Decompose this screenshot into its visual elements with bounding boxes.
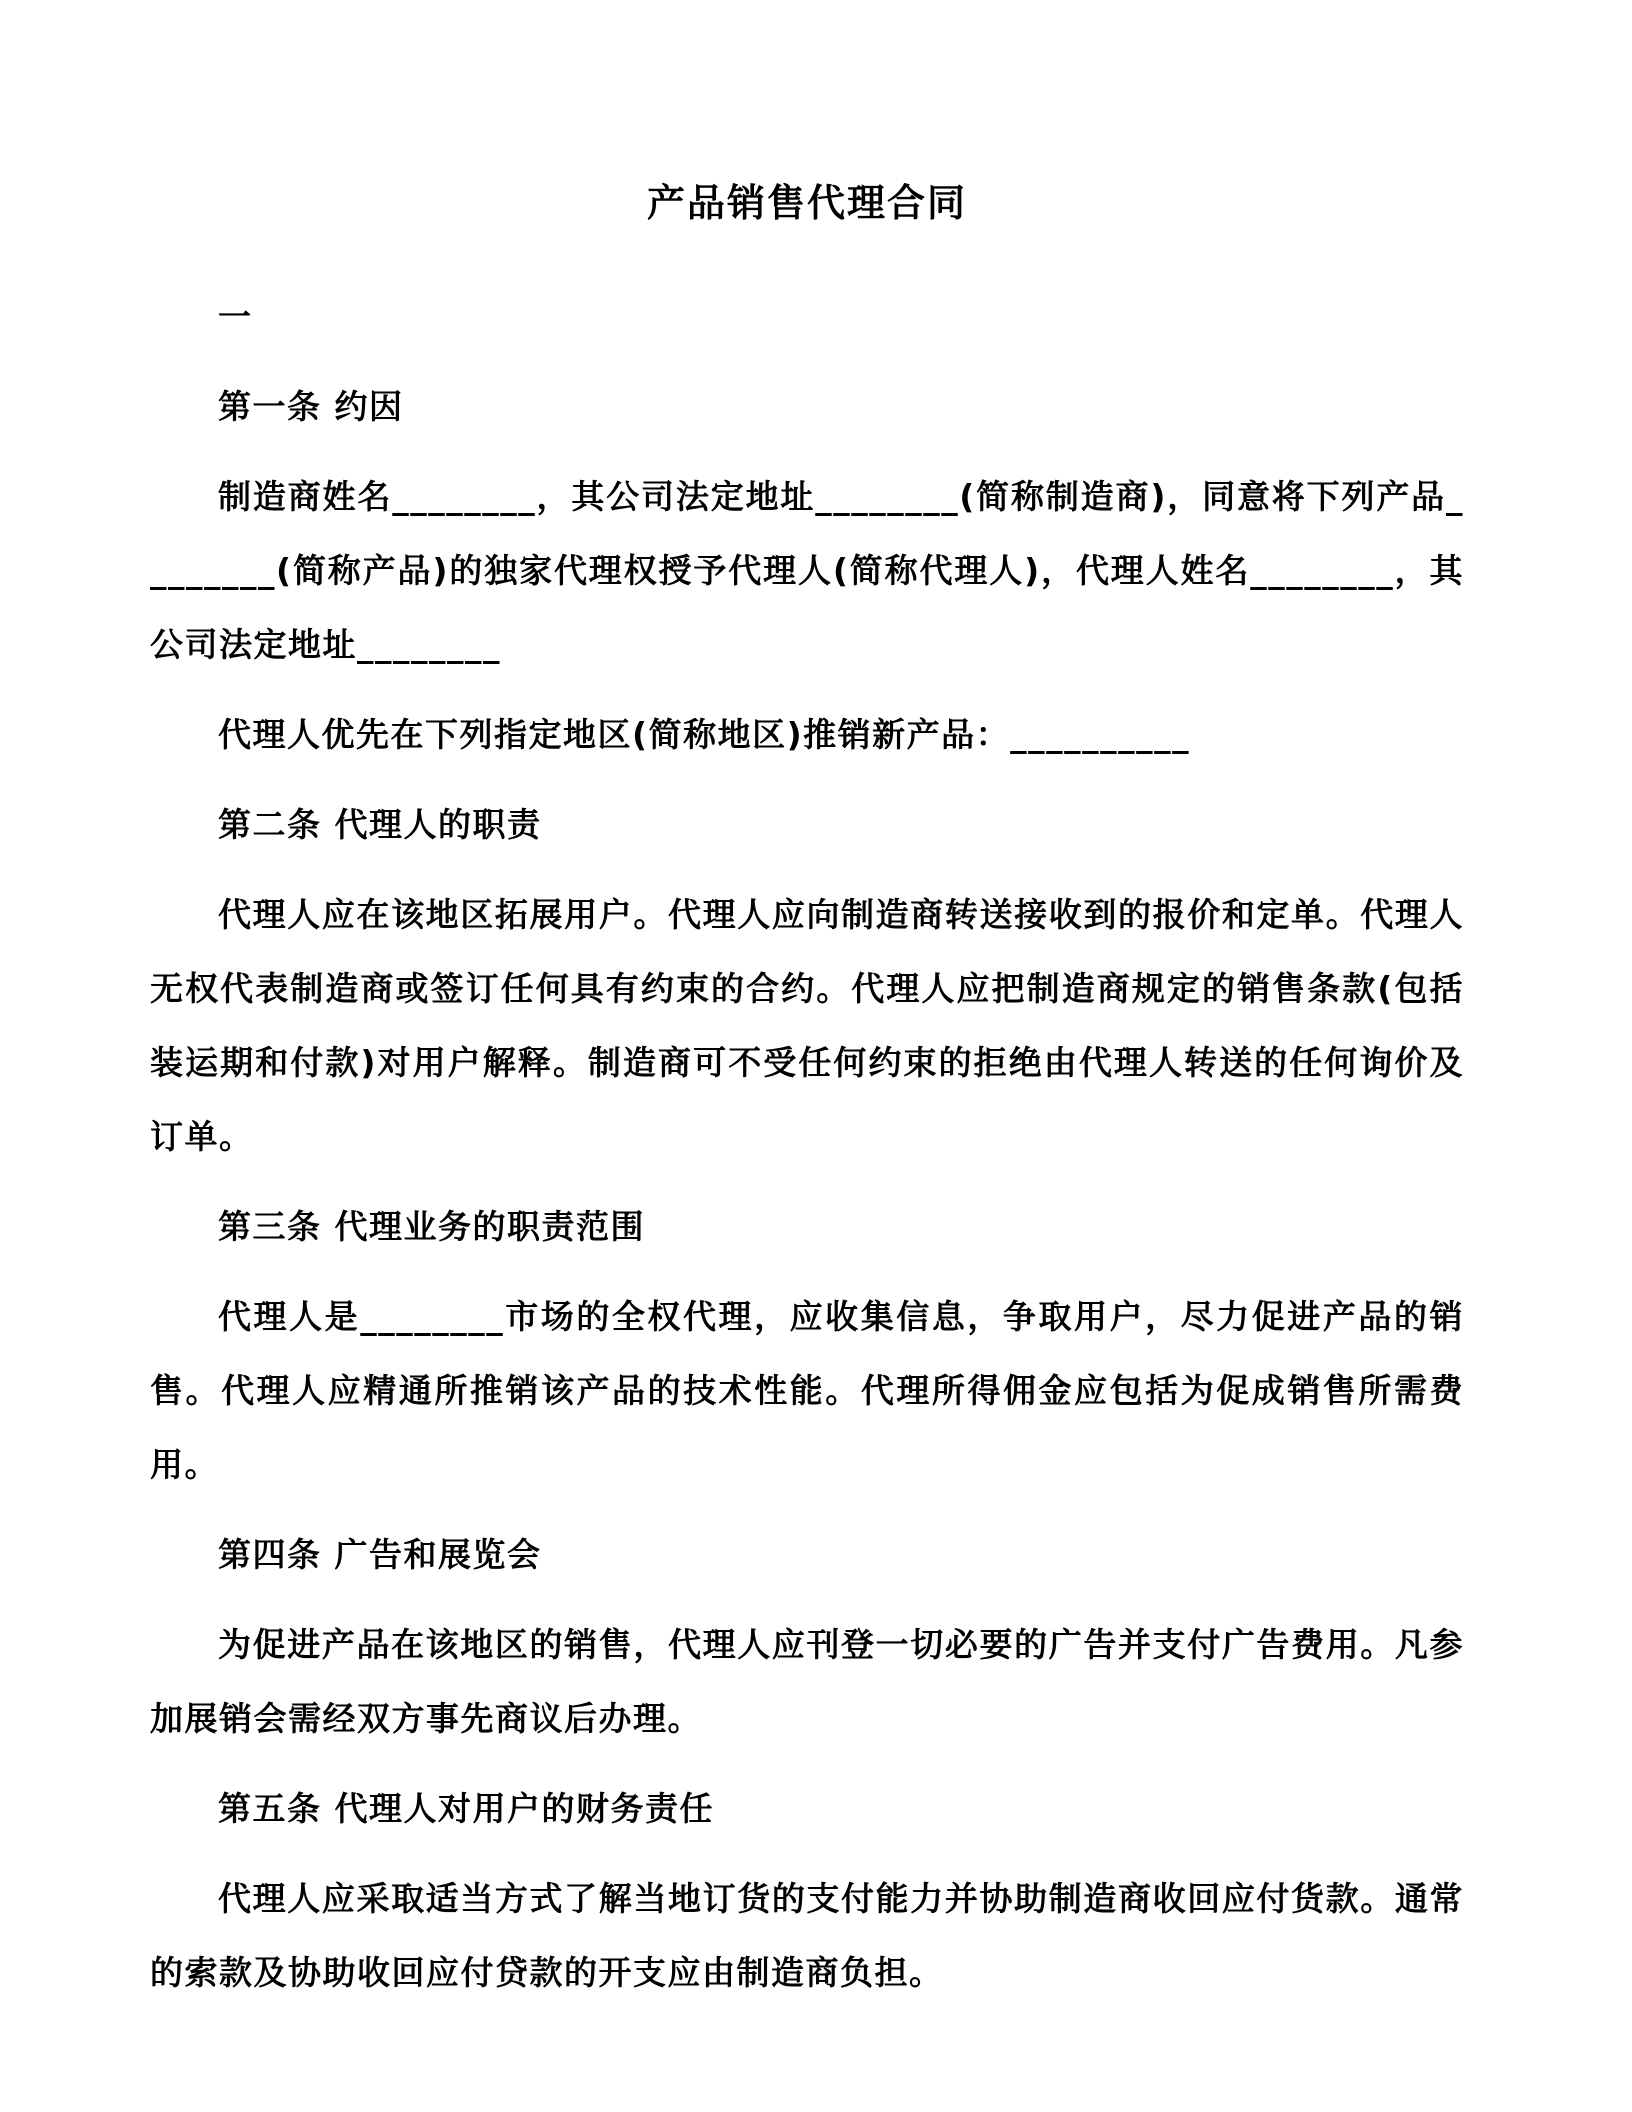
paragraph-designated-region: 代理人优先在下列指定地区(简称地区)推销新产品：__________ (150, 698, 1464, 772)
document-title: 产品销售代理合同 (150, 178, 1464, 228)
section-heading-article-1: 第一条 约因 (150, 370, 1464, 444)
contract-document-page: 产品销售代理合同 一 第一条 约因 制造商姓名________，其公司法定地址_… (0, 0, 1632, 2112)
paragraph-article-2-body: 代理人应在该地区拓展用户。代理人应向制造商转送接收到的报价和定单。代理人无权代表… (150, 878, 1464, 1174)
section-heading-article-3: 第三条 代理业务的职责范围 (150, 1190, 1464, 1264)
paragraph-marker-one: 一 (150, 280, 1464, 354)
paragraph-article-4-body: 为促进产品在该地区的销售，代理人应刊登一切必要的广告并支付广告费用。凡参加展销会… (150, 1608, 1464, 1756)
paragraph-article-1-body: 制造商姓名________，其公司法定地址________(简称制造商)，同意将… (150, 460, 1464, 682)
paragraph-article-5-body: 代理人应采取适当方式了解当地订货的支付能力并协助制造商收回应付货款。通常的索款及… (150, 1862, 1464, 2010)
section-heading-article-4: 第四条 广告和展览会 (150, 1518, 1464, 1592)
paragraph-article-3-body: 代理人是________市场的全权代理，应收集信息，争取用户，尽力促进产品的销售… (150, 1280, 1464, 1502)
section-heading-article-5: 第五条 代理人对用户的财务责任 (150, 1772, 1464, 1846)
document-title-text: 产品销售代理合同 (647, 181, 967, 225)
section-heading-article-2: 第二条 代理人的职责 (150, 788, 1464, 862)
